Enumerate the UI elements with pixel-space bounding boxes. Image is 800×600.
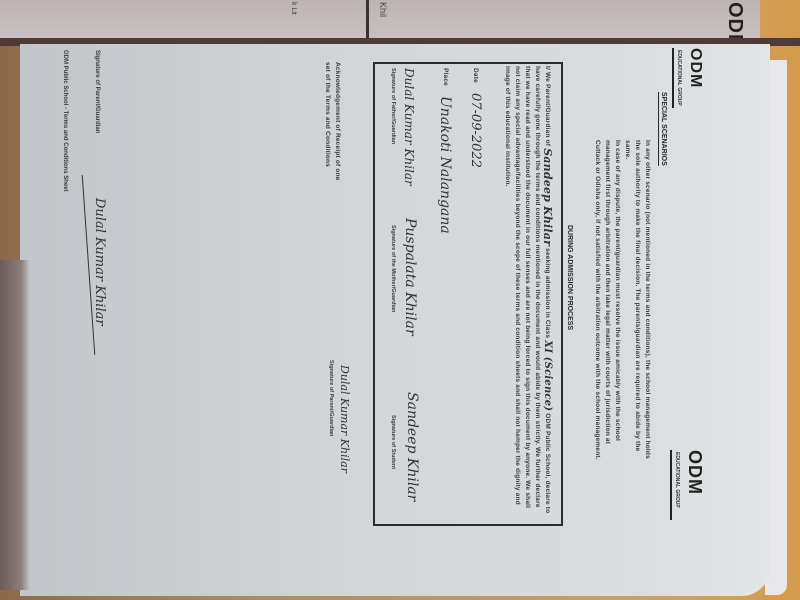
- place-row: Place Unakoti Nalangana: [436, 68, 454, 234]
- bullet-item: In case of any dispute, the parent/guard…: [592, 140, 622, 470]
- underlying-handwriting: k Lit: [290, 2, 297, 15]
- student-signature-caption: Signature of Student: [390, 415, 396, 469]
- student-signature: Sandeep Khilar: [404, 392, 420, 501]
- parent-signature-label: Signature of Parent/Guardian: [94, 50, 100, 133]
- hand-shadow: [0, 260, 30, 590]
- section-title: SPECIAL SCENARIOS: [660, 92, 667, 166]
- date-row: Date 07-09-2022: [466, 68, 484, 168]
- form-title: DURING ADMISSION PROCESS: [566, 225, 573, 330]
- mother-signature-caption: Signature of the Mother/Guardian: [390, 225, 396, 312]
- underlying-page-rule: [366, 0, 369, 38]
- acknowledgement-signature: Dulal Kumar Khilar: [338, 365, 351, 473]
- student-name-field: Sandeep Khilar: [541, 148, 554, 246]
- acknowledgement-text: Acknowledgement of Receipt of one set of…: [318, 62, 342, 182]
- logo-sub: EDUCATIONAL GROUP: [676, 50, 682, 106]
- declaration-text: I/ We Parent/Guardian of Sandeep Khilar …: [490, 66, 552, 518]
- header-logo: ODM EDUCATIONAL GROUP: [672, 48, 712, 118]
- mother-signature: Puspalata Khilar: [402, 218, 418, 336]
- parent-signature: Dulal Kumar Khilar: [92, 198, 107, 326]
- logo-brand: ODM: [684, 450, 705, 495]
- footer-logo: ODM EDUCATIONAL GROUP: [670, 450, 710, 530]
- acknowledgement-signature-caption: Signature of Parent/Guardian: [328, 360, 334, 436]
- logo-bar: [670, 450, 672, 520]
- sheet-footer: ODM Public School - Terms and Conditions…: [62, 50, 68, 192]
- logo-brand: ODM: [686, 48, 704, 88]
- date-field: 07-09-2022: [468, 93, 483, 168]
- place-field: Unakoti Nalangana: [437, 96, 453, 234]
- father-signature-caption: Signature of Father/Guardian: [390, 68, 396, 144]
- bullet-item: In any other scenario (not mentioned in …: [622, 140, 652, 470]
- father-signature: Dulal Kumar Khilar: [402, 68, 416, 186]
- class-field: XI (Science): [542, 340, 553, 411]
- logo-sub: EDUCATIONAL GROUP: [674, 452, 680, 508]
- underlying-handwriting-2: Khil: [378, 2, 388, 17]
- logo-bar: [672, 48, 674, 108]
- bullet-list: In any other scenario (not mentioned in …: [602, 140, 652, 470]
